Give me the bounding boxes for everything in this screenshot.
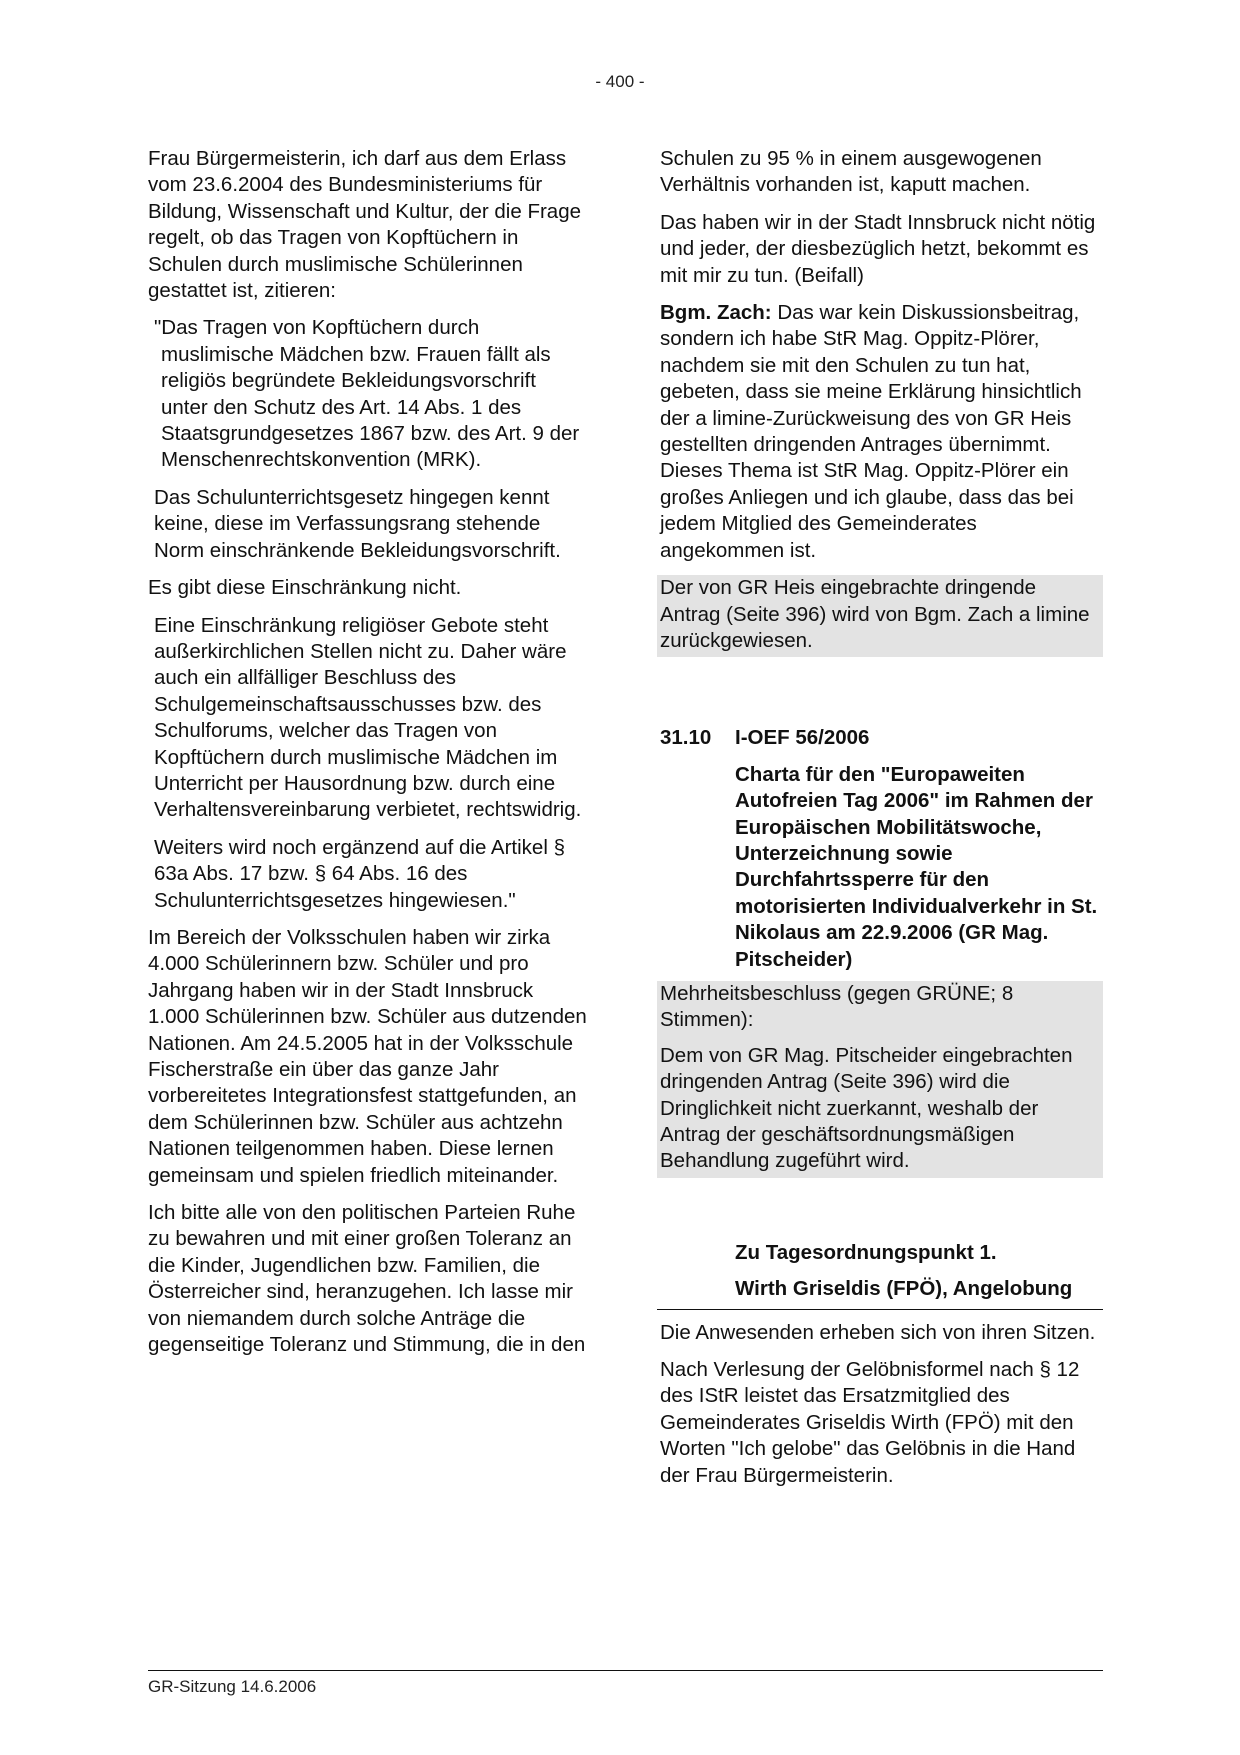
body-paragraph: Im Bereich der Volksschulen haben wir zi…	[148, 925, 588, 1189]
agenda-item: 31.10 I-OEF 56/2006 Charta für den "Euro…	[660, 725, 1100, 973]
body-paragraph: Das haben wir in der Stadt Innsbruck nic…	[660, 210, 1100, 289]
topic-heading: Zu Tagesordnungspunkt 1.	[735, 1240, 1100, 1266]
agenda-reference: I-OEF 56/2006	[735, 725, 869, 751]
decision-box: Der von GR Heis eingebrachte dringende A…	[657, 575, 1103, 657]
agenda-title: Charta für den "Europaweiten Autofreien …	[735, 762, 1100, 973]
decision-text: Dem von GR Mag. Pitscheider eingebrachte…	[660, 1043, 1100, 1178]
left-column: Frau Bürgermeisterin, ich darf aus dem E…	[148, 146, 588, 1369]
right-column: Schulen zu 95 % in einem ausgewogenen Ve…	[660, 146, 1100, 1500]
agenda-number: 31.10	[660, 725, 735, 751]
quote-paragraph: "Das Tragen von Kopftüchern durch muslim…	[154, 315, 588, 473]
topic-title: Wirth Griseldis (FPÖ), Angelobung	[735, 1276, 1100, 1302]
footer-text: GR-Sitzung 14.6.2006	[148, 1677, 316, 1697]
quote-paragraph: Das Schulunterrichtsgesetz hingegen kenn…	[154, 485, 588, 564]
quote-paragraph: Weiters wird noch ergänzend auf die Arti…	[154, 835, 588, 914]
speaker-name: Bgm. Zach:	[660, 301, 772, 324]
section-divider	[657, 1309, 1103, 1310]
quote-paragraph: Eine Einschränkung religiöser Gebote ste…	[154, 613, 588, 824]
decision-box: Mehrheitsbeschluss (gegen GRÜNE; 8 Stimm…	[657, 981, 1103, 1178]
page-number: - 400 -	[0, 72, 1240, 92]
speaker-text: Das war kein Diskussionsbeitrag, sondern…	[660, 301, 1082, 562]
body-paragraph: Die Anwesenden erheben sich von ihren Si…	[660, 1320, 1100, 1346]
decision-text: Der von GR Heis eingebrachte dringende A…	[660, 575, 1100, 657]
intro-paragraph: Frau Bürgermeisterin, ich darf aus dem E…	[148, 146, 588, 304]
body-paragraph: Ich bitte alle von den politischen Parte…	[148, 1200, 588, 1358]
speaker-paragraph: Bgm. Zach: Das war kein Diskussionsbeitr…	[660, 300, 1100, 564]
interjection-paragraph: Es gibt diese Einschränkung nicht.	[148, 575, 588, 601]
footer-divider	[148, 1670, 1103, 1671]
body-paragraph: Schulen zu 95 % in einem ausgewogenen Ve…	[660, 146, 1100, 199]
body-paragraph: Nach Verlesung der Gelöbnisformel nach §…	[660, 1357, 1100, 1489]
vote-result: Mehrheitsbeschluss (gegen GRÜNE; 8 Stimm…	[660, 981, 1100, 1043]
